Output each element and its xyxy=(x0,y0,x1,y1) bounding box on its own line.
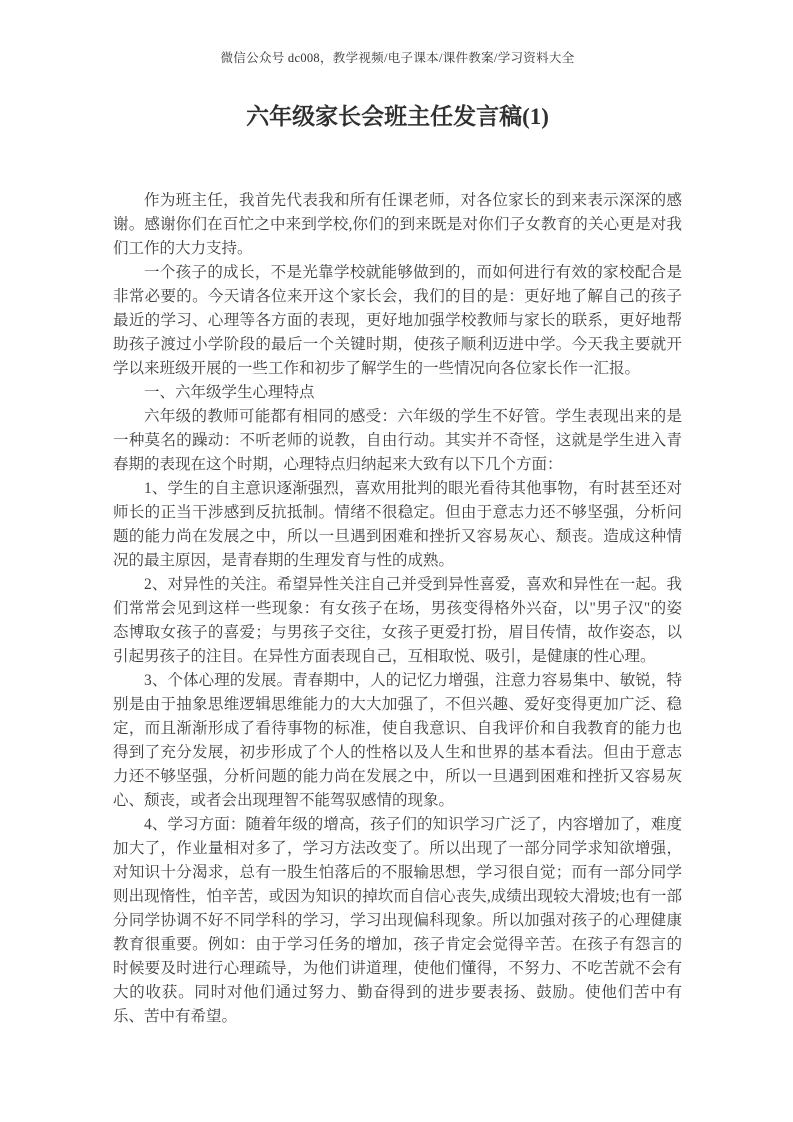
paragraph: 2、对异性的关注。希望异性关注自己并受到异性喜爱，喜欢和异性在一起。我们常常会见… xyxy=(113,573,682,669)
paragraph: 4、学习方面：随着年级的增高，孩子们的知识学习广泛了，内容增加了，难度加大了，作… xyxy=(113,813,682,1029)
document-page: 微信公众号 dc008，教学视频/电子课本/课件教案/学习资料大全 六年级家长会… xyxy=(0,0,793,1122)
paragraph: 作为班主任，我首先代表我和所有任课老师，对各位家长的到来表示深深的感谢。感谢你们… xyxy=(113,189,682,261)
paragraph: 1、学生的自主意识逐渐强烈，喜欢用批判的眼光看待其他事物，有时甚至还对师长的正当… xyxy=(113,477,682,573)
document-body: 作为班主任，我首先代表我和所有任课老师，对各位家长的到来表示深深的感谢。感谢你们… xyxy=(113,189,682,1029)
paragraph: 一个孩子的成长，不是光靠学校就能够做到的，而如何进行有效的家校配合是非常必要的。… xyxy=(113,261,682,381)
document-title: 六年级家长会班主任发言稿(1) xyxy=(113,98,682,131)
paragraph: 3、个体心理的发展。青春期中，人的记忆力增强，注意力容易集中、敏锐，特别是由于抽… xyxy=(113,669,682,813)
paragraph: 六年级的教师可能都有相同的感受：六年级的学生不好管。学生表现出来的是一种莫名的躁… xyxy=(113,405,682,477)
document-header-note: 微信公众号 dc008，教学视频/电子课本/课件教案/学习资料大全 xyxy=(113,48,682,66)
paragraph: 一、六年级学生心理特点 xyxy=(113,381,682,405)
